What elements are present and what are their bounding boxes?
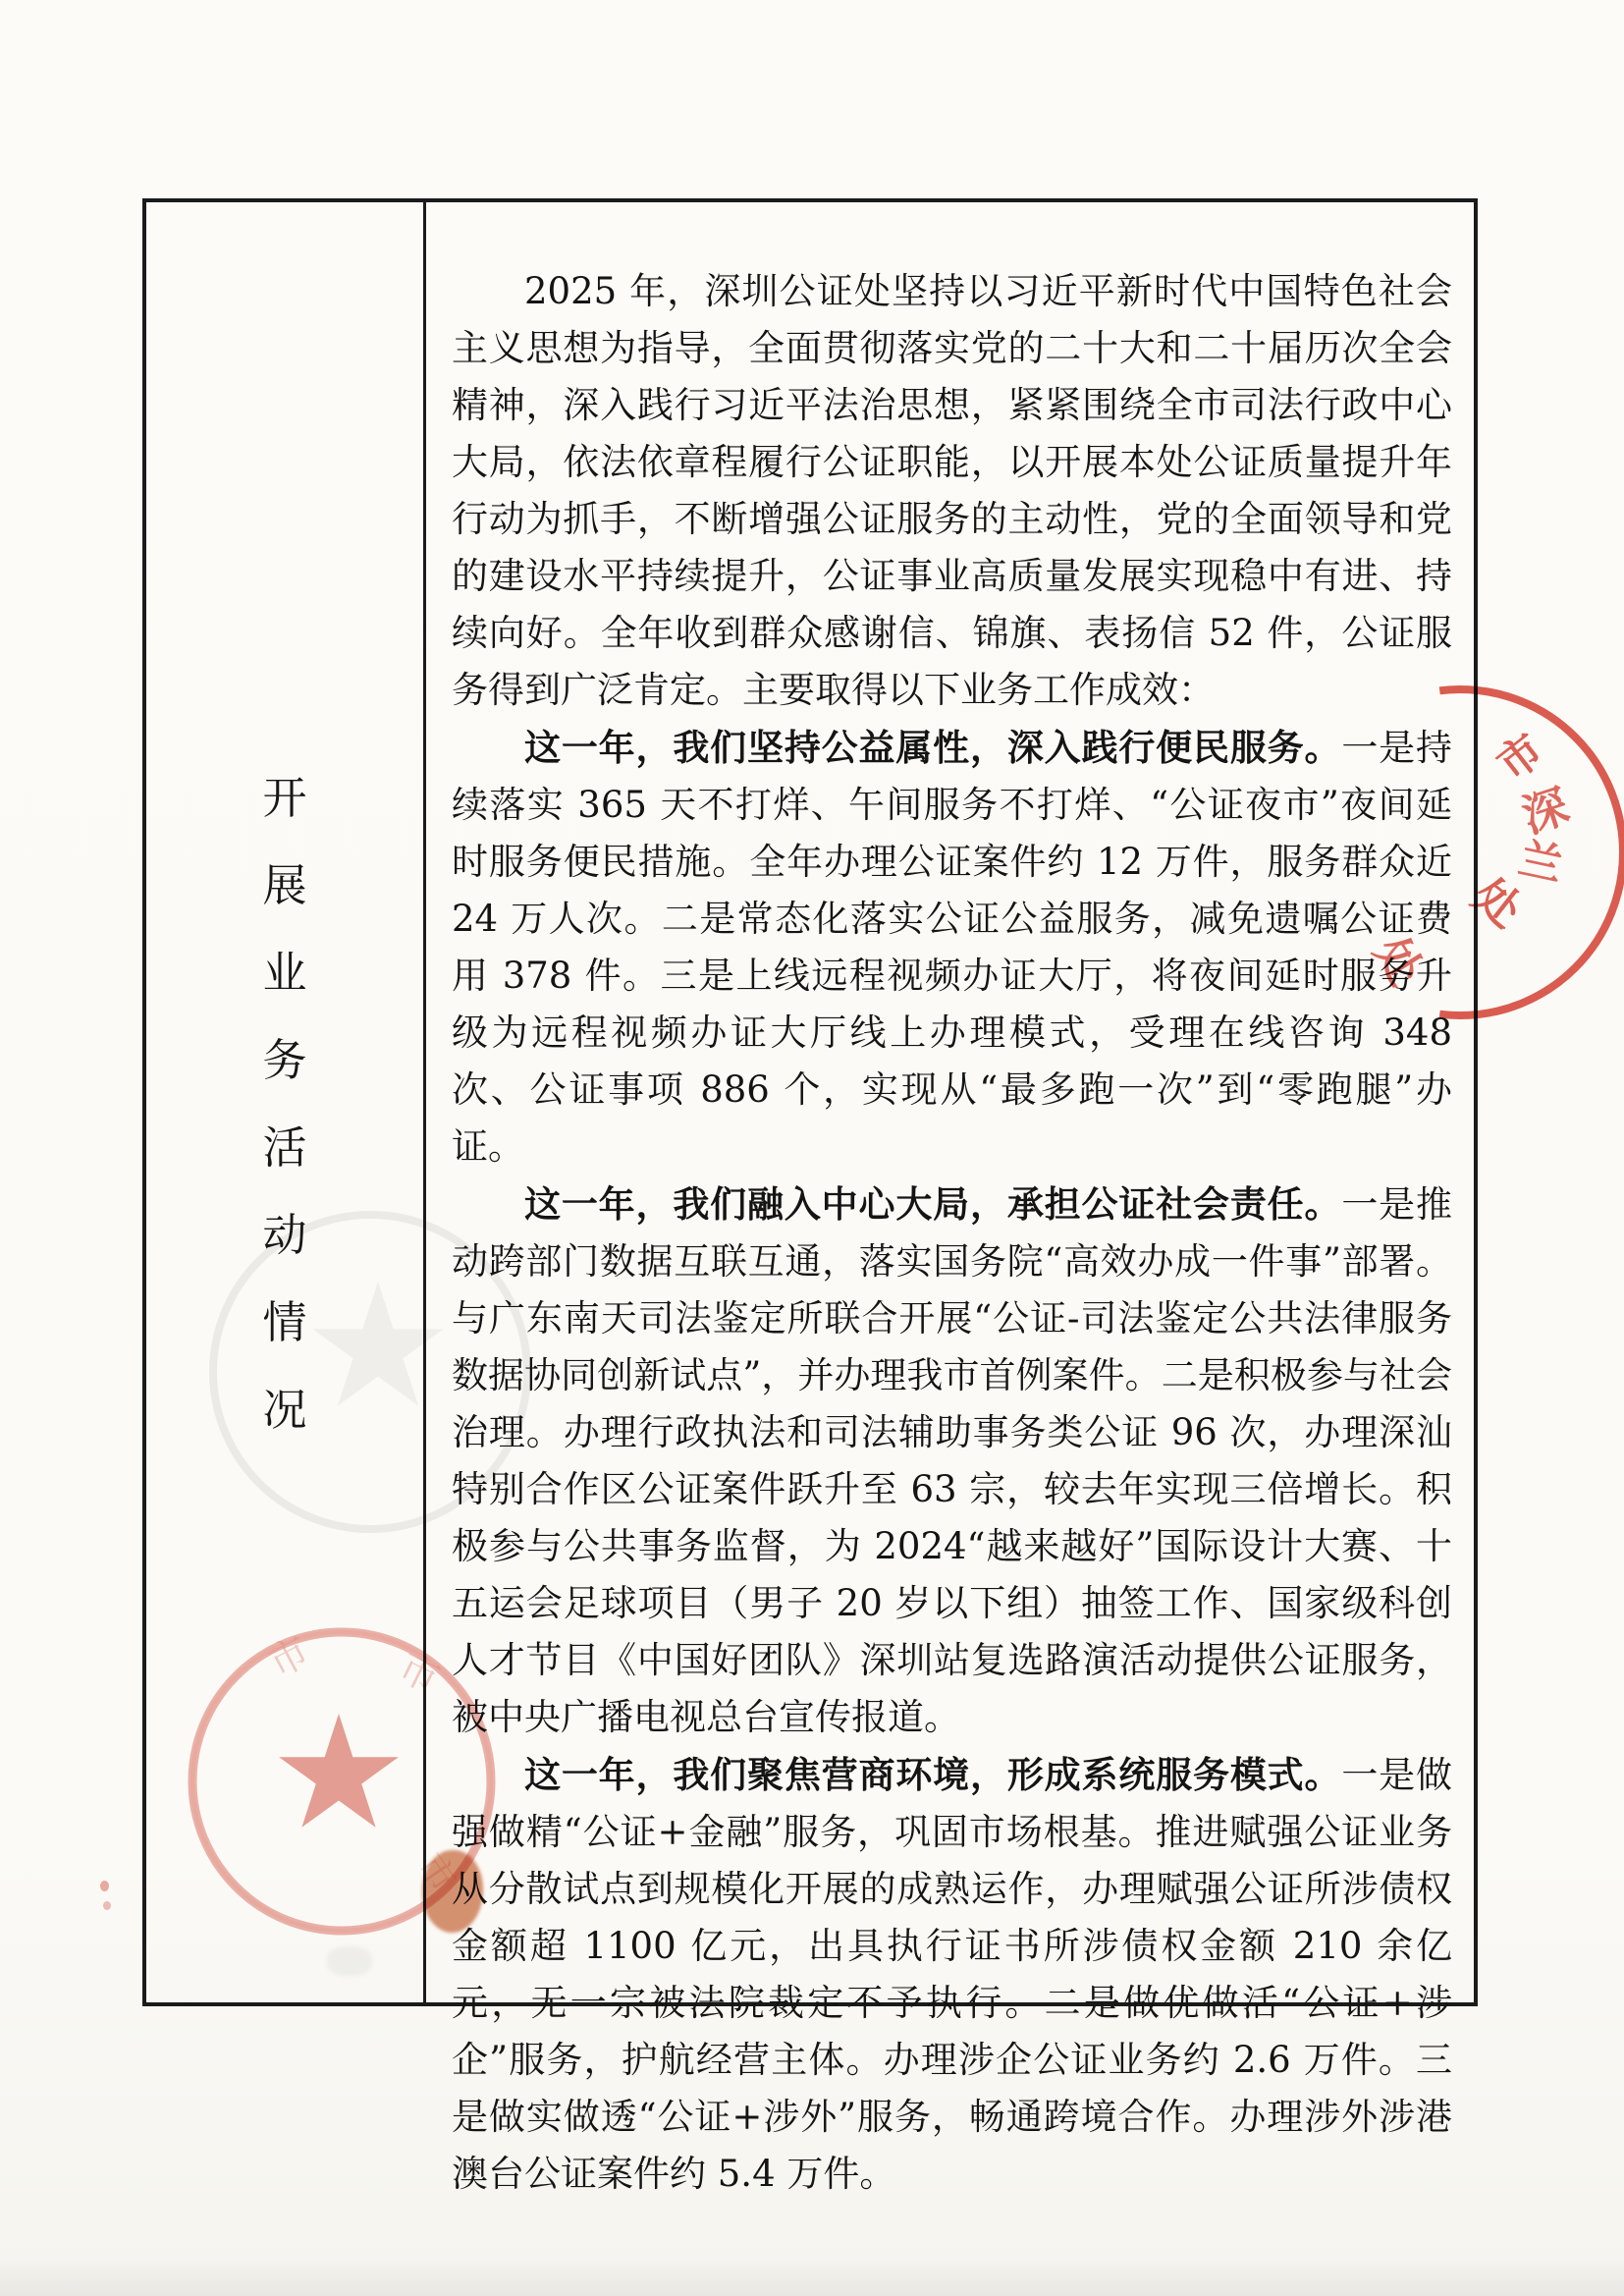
paragraph-text: 2025 年，深圳公证处坚持以习近平新时代中国特色社会主义思想为指导，全面贯彻落… (452, 270, 1452, 711)
section-title-char: 情 (262, 1300, 306, 1344)
seal-char: 兰 (1514, 823, 1569, 894)
paragraph-convenience-services: 这一年，我们坚持公益属性，深入践行便民服务。一是持续落实 365 天不打烊、午间… (452, 719, 1452, 1175)
section-title-char: 动 (262, 1213, 306, 1257)
paragraph-text: 一是做强做精“公证+金融”服务，巩固市场根基。推进赋强公证业务从分散试点到规模化… (452, 1754, 1452, 2195)
section-label-cell: 开 展 业 务 活 动 情 况 (146, 202, 426, 2002)
section-title-char: 务 (262, 1038, 306, 1082)
paragraph-bold-lead: 这一年，我们坚持公益属性，深入践行便民服务。 (524, 726, 1341, 769)
paragraph-text: 一是持续落实 365 天不打烊、午间服务不打烊、“公证夜市”夜间延时服务便民措施… (452, 727, 1452, 1168)
ink-speck (103, 1901, 111, 1910)
seal-char: 深 (1513, 771, 1576, 847)
report-body-text: 2025 年，深圳公证处坚持以习近平新时代中国特色社会主义思想为指导，全面贯彻落… (452, 263, 1452, 2203)
paragraph-bold-lead: 这一年，我们融入中心大局，承担公证社会责任。 (524, 1182, 1341, 1226)
seal-char-shi: 市 (1482, 716, 1554, 793)
section-title-char: 况 (262, 1388, 306, 1432)
paragraph-bold-lead: 这一年，我们聚焦营商环境，形成系统服务模式。 (524, 1753, 1341, 1796)
scanned-document-page: { "document": { "section_label": "开展业务活动… (0, 0, 1624, 2296)
ink-speck (100, 1881, 109, 1891)
gray-smudge (327, 1946, 372, 1976)
report-body-cell: 2025 年，深圳公证处坚持以习近平新时代中国特色社会主义思想为指导，全面贯彻落… (426, 202, 1474, 2002)
paragraph-social-responsibility: 这一年，我们融入中心大局，承担公证社会责任。一是推动跨部门数据互联互通，落实国务… (452, 1175, 1452, 1746)
paragraph-overview: 2025 年，深圳公证处坚持以习近平新时代中国特色社会主义思想为指导，全面贯彻落… (452, 263, 1452, 719)
scan-edge-shadow (0, 2257, 1624, 2296)
ink-blot (422, 1850, 483, 1933)
section-title-char: 活 (262, 1125, 306, 1170)
section-title-char: 开 (262, 776, 306, 820)
section-title-char: 业 (262, 951, 306, 995)
section-vertical-title: 开 展 业 务 活 动 情 况 (146, 776, 423, 1432)
paragraph-text: 一是推动跨部门数据互联互通，落实国务院“高效办成一件事”部署。与广东南天司法鉴定… (452, 1183, 1452, 1738)
paragraph-business-environment: 这一年，我们聚焦营商环境，形成系统服务模式。一是做强做精“公证+金融”服务，巩固… (452, 1746, 1452, 2203)
report-table: 开 展 业 务 活 动 情 况 2025 年，深圳公证处坚持以习近平新时代中国特… (142, 198, 1478, 2006)
section-title-char: 展 (262, 863, 306, 907)
